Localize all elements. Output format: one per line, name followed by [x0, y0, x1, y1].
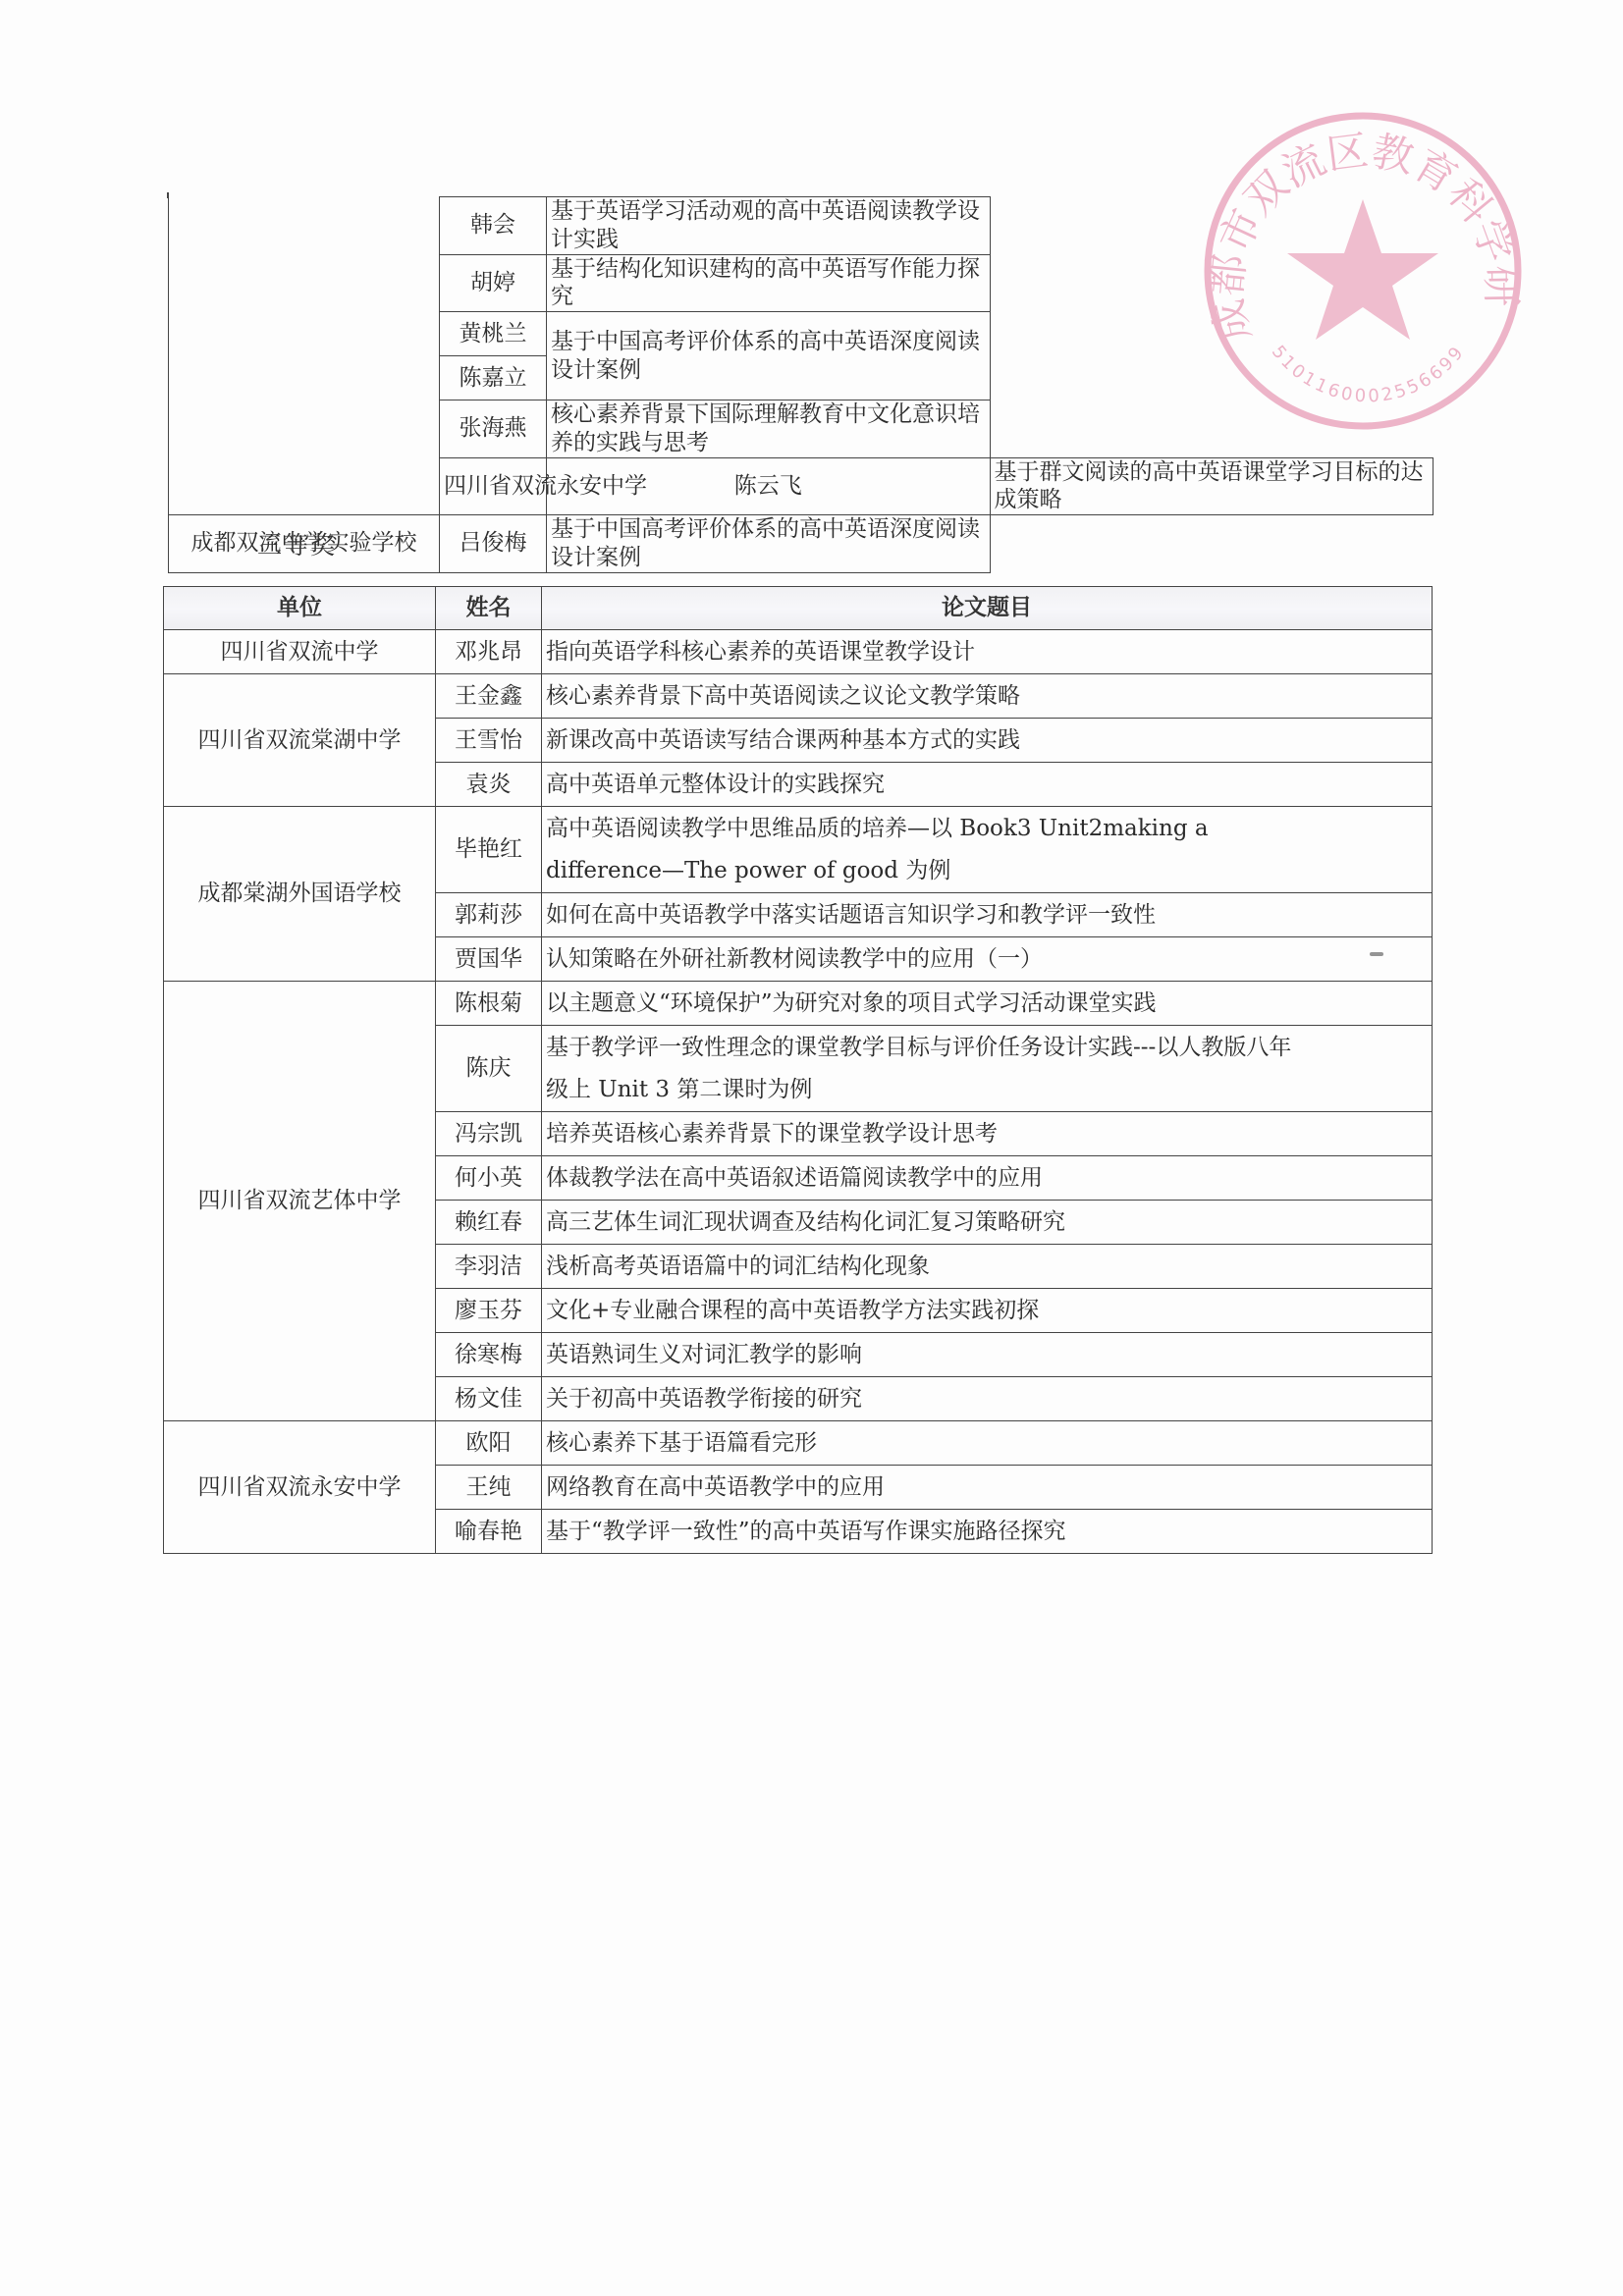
- table-header-row: 单位 姓名 论文题目: [164, 587, 1433, 630]
- author-name: 欧阳: [436, 1421, 542, 1466]
- unit-cell: 四川省双流艺体中学: [164, 982, 436, 1421]
- author-name: 黄桃兰: [440, 312, 547, 356]
- paper-title: 体裁教学法在高中英语叙述语篇阅读教学中的应用: [542, 1156, 1433, 1201]
- table-row: 成都双流中学实验学校 吕俊梅 基于中国高考评价体系的高中英语深度阅读设计案例: [169, 515, 1434, 573]
- author-name: 毕艳红: [436, 807, 542, 893]
- author-name: 吕俊梅: [440, 515, 547, 573]
- paper-title: 基于教学评一致性理念的课堂教学目标与评价任务设计实践---以人教版八年级上 Un…: [542, 1026, 1433, 1112]
- author-name: 陈庆: [436, 1026, 542, 1112]
- table-row: 四川省双流永安中学 欧阳 核心素养下基于语篇看完形: [164, 1421, 1433, 1466]
- unit-cell: 四川省双流中学: [164, 630, 436, 674]
- title-line: 基于教学评一致性理念的课堂教学目标与评价任务设计实践---以人教版八年: [546, 1035, 1291, 1060]
- author-name: 贾国华: [436, 937, 542, 982]
- title-line: 高中英语阅读教学中思维品质的培养—以 Book3 Unit2making a: [546, 816, 1209, 841]
- paper-title: 高中英语单元整体设计的实践探究: [542, 763, 1433, 807]
- author-name: 陈根菊: [436, 982, 542, 1026]
- third-prize-heading: 三等奖: [257, 526, 337, 561]
- author-name: 李羽洁: [436, 1245, 542, 1289]
- unit-cell: 四川省双流永安中学: [164, 1421, 436, 1554]
- author-name: 胡婷: [440, 254, 547, 312]
- title-line: 级上 Unit 3 第二课时为例: [546, 1077, 812, 1102]
- paper-title: 高三艺体生词汇现状调查及结构化词汇复习策略研究: [542, 1201, 1433, 1245]
- author-name: 徐寒梅: [436, 1333, 542, 1377]
- author-name: 赖红春: [436, 1201, 542, 1245]
- paper-title: 网络教育在高中英语教学中的应用: [542, 1466, 1433, 1510]
- header-title: 论文题目: [542, 587, 1433, 630]
- paper-title: 基于中国高考评价体系的高中英语深度阅读设计案例: [547, 312, 991, 400]
- author-name: 何小英: [436, 1156, 542, 1201]
- paper-title: 培养英语核心素养背景下的课堂教学设计思考: [542, 1112, 1433, 1156]
- paper-title: 英语熟词生义对词汇教学的影响: [542, 1333, 1433, 1377]
- author-name: 杨文佳: [436, 1377, 542, 1421]
- paper-title: 浅析高考英语语篇中的词汇结构化现象: [542, 1245, 1433, 1289]
- paper-title: 核心素养下基于语篇看完形: [542, 1421, 1433, 1466]
- paper-title: 基于中国高考评价体系的高中英语深度阅读设计案例: [547, 515, 991, 573]
- paper-title: 关于初高中英语教学衔接的研究: [542, 1377, 1433, 1421]
- paper-title: 高中英语阅读教学中思维品质的培养—以 Book3 Unit2making adi…: [542, 807, 1433, 893]
- paper-title: 基于群文阅读的高中英语课堂学习目标的达成策略: [990, 457, 1434, 515]
- author-name: 冯宗凯: [436, 1112, 542, 1156]
- scan-speck: [1370, 952, 1383, 956]
- author-name: 王纯: [436, 1466, 542, 1510]
- author-name: 王雪怡: [436, 719, 542, 763]
- author-name: 廖玉芬: [436, 1289, 542, 1333]
- unit-cell: [169, 197, 440, 515]
- title-line: difference—The power of good 为例: [546, 858, 950, 883]
- author-name: 郭莉莎: [436, 893, 542, 937]
- paper-title: 基于结构化知识建构的高中英语写作能力探究: [547, 254, 991, 312]
- paper-title: 指向英语学科核心素养的英语课堂教学设计: [542, 630, 1433, 674]
- unit-cell: 四川省双流永安中学: [440, 457, 547, 515]
- paper-title: 如何在高中英语教学中落实话题语言知识学习和教学评一致性: [542, 893, 1433, 937]
- header-name: 姓名: [436, 587, 542, 630]
- table-row: 四川省双流艺体中学 陈根菊 以主题意义“环境保护”为研究对象的项目式学习活动课堂…: [164, 982, 1433, 1026]
- paper-title: 以主题意义“环境保护”为研究对象的项目式学习活动课堂实践: [542, 982, 1433, 1026]
- author-name: 喻春艳: [436, 1510, 542, 1554]
- unit-cell: 成都棠湖外国语学校: [164, 807, 436, 982]
- paper-title: 核心素养背景下国际理解教育中文化意识培养的实践与思考: [547, 400, 991, 458]
- paper-title: 文化+专业融合课程的高中英语教学方法实践初探: [542, 1289, 1433, 1333]
- author-name: 邓兆昂: [436, 630, 542, 674]
- paper-title: 认知策略在外研社新教材阅读教学中的应用（一）: [542, 937, 1433, 982]
- header-unit: 单位: [164, 587, 436, 630]
- table-row: 韩会 基于英语学习活动观的高中英语阅读教学设计实践: [169, 197, 1434, 255]
- author-name: 张海燕: [440, 400, 547, 458]
- table-row: 四川省双流棠湖中学 王金鑫 核心素养背景下高中英语阅读之议论文教学策略: [164, 674, 1433, 719]
- table-row: 成都棠湖外国语学校 毕艳红 高中英语阅读教学中思维品质的培养—以 Book3 U…: [164, 807, 1433, 893]
- second-prize-table-continued: 韩会 基于英语学习活动观的高中英语阅读教学设计实践 胡婷 基于结构化知识建构的高…: [168, 196, 1434, 573]
- unit-cell: 四川省双流棠湖中学: [164, 674, 436, 807]
- paper-title: 核心素养背景下高中英语阅读之议论文教学策略: [542, 674, 1433, 719]
- author-name: 袁炎: [436, 763, 542, 807]
- author-name: 陈嘉立: [440, 356, 547, 400]
- paper-title: 新课改高中英语读写结合课两种基本方式的实践: [542, 719, 1433, 763]
- paper-title: 基于英语学习活动观的高中英语阅读教学设计实践: [547, 197, 991, 255]
- document-page: 成都市双流区教育科学研究院 5101160002556699 韩会 基于英语学习…: [0, 0, 1623, 2296]
- author-name: 王金鑫: [436, 674, 542, 719]
- paper-title: 基于“教学评一致性”的高中英语写作课实施路径探究: [542, 1510, 1433, 1554]
- author-name: 韩会: [440, 197, 547, 255]
- table-row: 四川省双流中学 邓兆昂 指向英语学科核心素养的英语课堂教学设计: [164, 630, 1433, 674]
- third-prize-table: 单位 姓名 论文题目 四川省双流中学 邓兆昂 指向英语学科核心素养的英语课堂教学…: [163, 586, 1433, 1554]
